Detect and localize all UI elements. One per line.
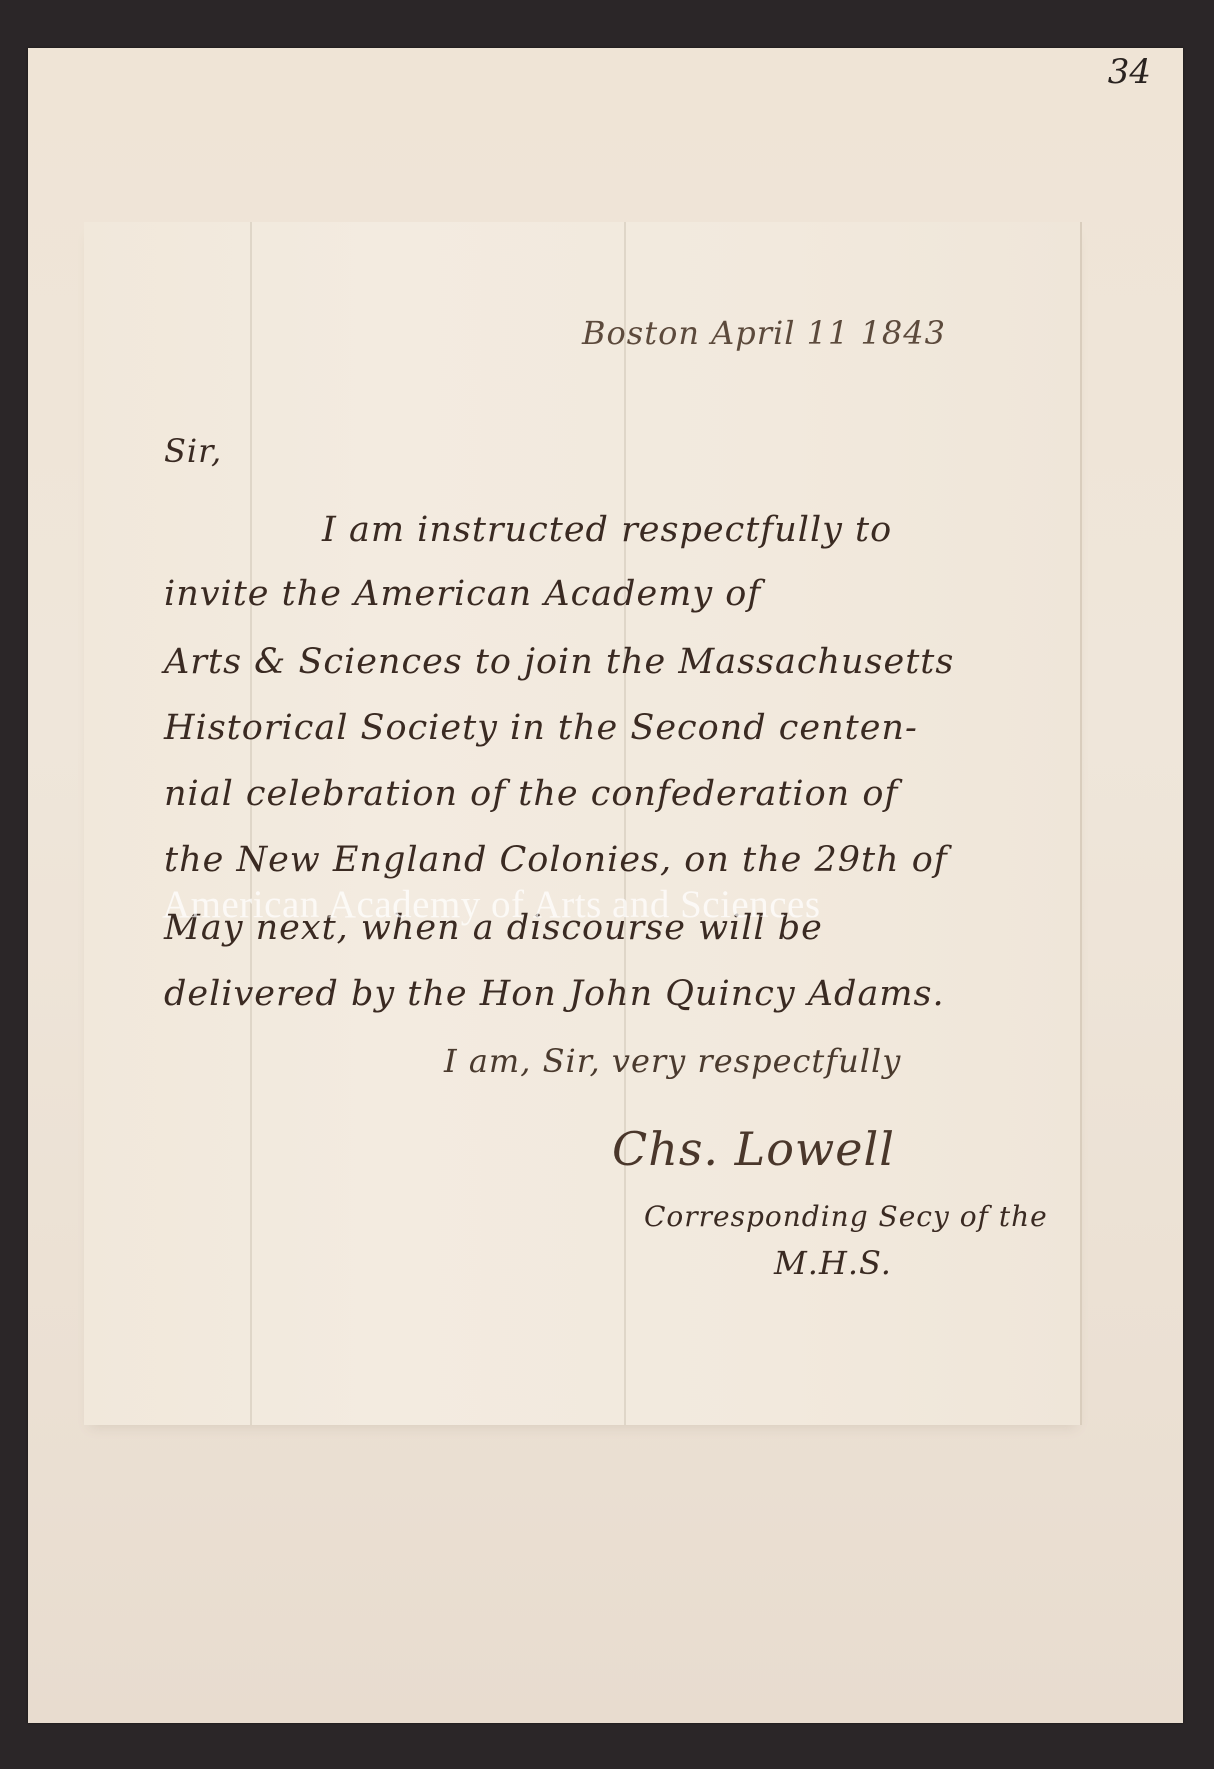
- paper-fold-line: [250, 222, 252, 1425]
- signature: Chs. Lowell: [612, 1122, 895, 1176]
- signer-title-abbrev: M.H.S.: [774, 1244, 892, 1282]
- letter-sheet: Boston April 11 1843 Sir, I am instructe…: [84, 222, 1082, 1425]
- body-line: the New England Colonies, on the 29th of: [164, 840, 948, 880]
- body-line: Arts & Sciences to join the Massachusett…: [164, 642, 954, 682]
- dateline: Boston April 11 1843: [582, 314, 946, 352]
- folio-number: 34: [1108, 52, 1151, 92]
- body-line: Historical Society in the Second centen-: [164, 708, 918, 748]
- body-line: I am instructed respectfully to: [322, 510, 892, 550]
- body-line: nial celebration of the confederation of: [164, 774, 898, 814]
- salutation: Sir,: [164, 432, 222, 470]
- closing: I am, Sir, very respectfully: [444, 1042, 901, 1080]
- signer-title: Corresponding Secy of the: [644, 1200, 1048, 1233]
- body-line: invite the American Academy of: [164, 574, 761, 614]
- body-line: delivered by the Hon John Quincy Adams.: [164, 974, 945, 1014]
- paper-fold-line: [624, 222, 626, 1425]
- watermark: American Academy of Arts and Sciences: [162, 882, 821, 927]
